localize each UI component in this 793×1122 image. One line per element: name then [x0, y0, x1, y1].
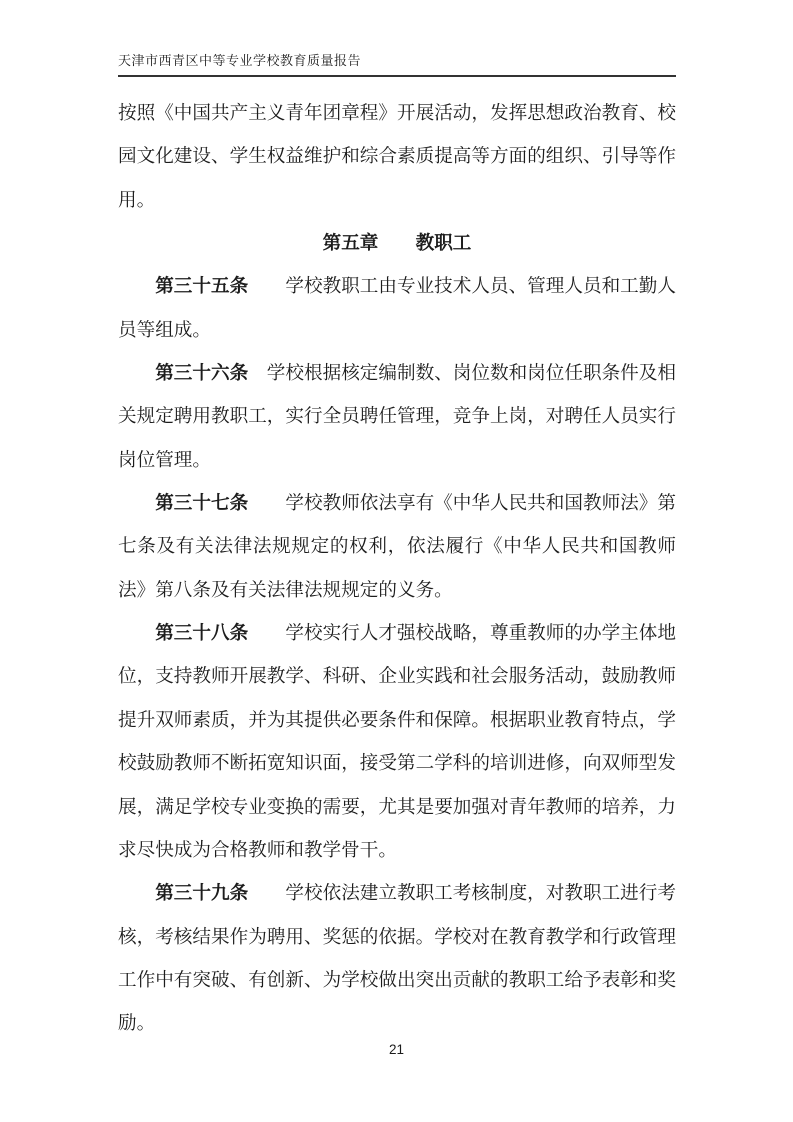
page-header: 天津市西青区中等专业学校教育质量报告	[118, 52, 676, 77]
article-gap	[248, 276, 285, 297]
article-label: 第三十七条	[155, 493, 248, 514]
article-paragraph-39: 第三十九条 学校依法建立教职工考核制度，对教职工进行考核，考核结果作为聘用、奖惩…	[118, 872, 676, 1045]
article-text: 学校依法建立教职工考核制度，对教职工进行考核，考核结果作为聘用、奖惩的依据。学校…	[118, 883, 676, 1034]
article-label: 第三十六条	[155, 363, 248, 384]
intro-paragraph: 按照《中国共产主义青年团章程》开展活动，发挥思想政治教育、校园文化建设、学生权益…	[118, 92, 676, 222]
article-gap	[248, 363, 267, 384]
article-gap	[248, 623, 285, 644]
article-label: 第三十八条	[155, 623, 248, 644]
article-paragraph-35: 第三十五条 学校教职工由专业技术人员、管理人员和工勤人员等组成。	[118, 265, 676, 352]
chapter-heading-gap	[378, 233, 415, 254]
article-gap	[248, 493, 285, 514]
chapter-title: 教职工	[416, 233, 472, 254]
document-body: 按照《中国共产主义青年团章程》开展活动，发挥思想政治教育、校园文化建设、学生权益…	[118, 92, 676, 1046]
chapter-heading: 第五章 教职工	[118, 222, 676, 265]
article-paragraph-37: 第三十七条 学校教师依法享有《中华人民共和国教师法》第七条及有关法律法规规定的权…	[118, 482, 676, 612]
article-gap	[248, 883, 285, 904]
article-text: 学校实行人才强校战略，尊重教师的办学主体地位，支持教师开展教学、科研、企业实践和…	[118, 623, 676, 861]
document-page: 天津市西青区中等专业学校教育质量报告 按照《中国共产主义青年团章程》开展活动，发…	[0, 0, 793, 1122]
page-header-title: 天津市西青区中等专业学校教育质量报告	[118, 53, 361, 68]
article-label: 第三十五条	[155, 276, 248, 297]
article-paragraph-38: 第三十八条 学校实行人才强校战略，尊重教师的办学主体地位，支持教师开展教学、科研…	[118, 612, 676, 872]
chapter-number: 第五章	[323, 233, 379, 254]
article-paragraph-36: 第三十六条 学校根据核定编制数、岗位数和岗位任职条件及相关规定聘用教职工，实行全…	[118, 352, 676, 482]
article-label: 第三十九条	[155, 883, 248, 904]
page-number: 21	[0, 1042, 793, 1057]
